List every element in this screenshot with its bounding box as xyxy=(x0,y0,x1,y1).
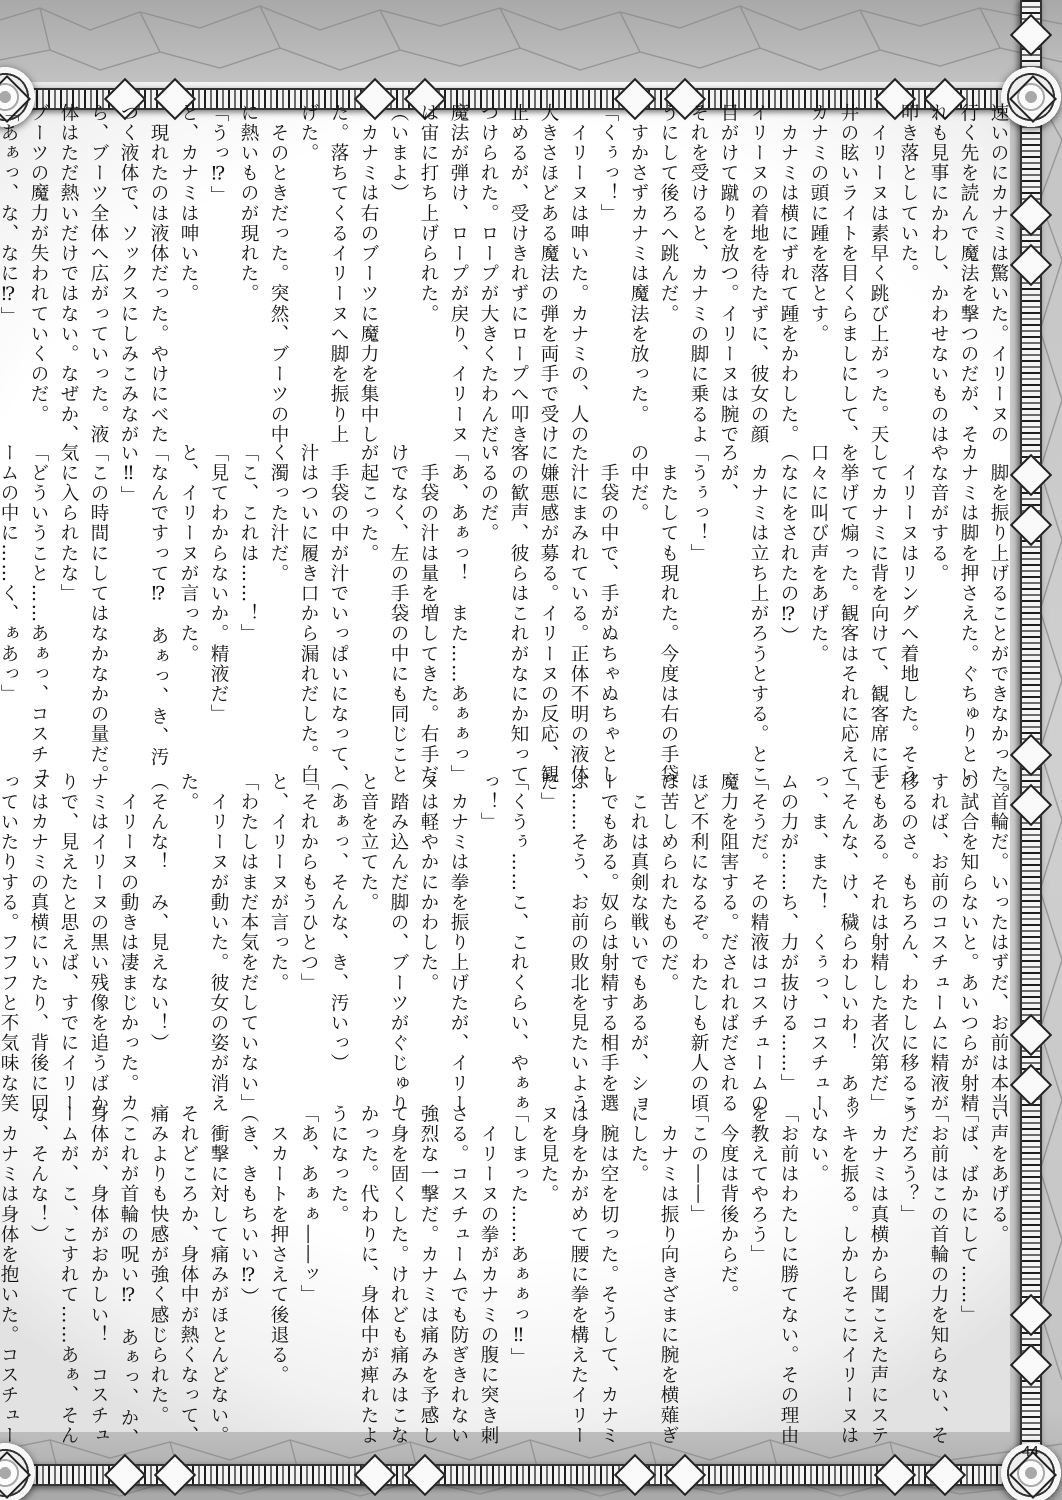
text-line: 身体が、身体がおかしい！ コスチュ xyxy=(83,1104,113,1434)
text-line: っ！」 xyxy=(473,772,503,1102)
text-line: カナミは身体を抱いた。コスチュー xyxy=(0,1104,23,1434)
text-line: それどころか、身体中が熱くなって、 xyxy=(173,1104,203,1434)
text-line: またしても現れた。今度は右の手袋 xyxy=(653,443,683,773)
text-line: それを受けると、カナミの脚に乗るよ xyxy=(683,103,713,433)
text-line: 痛みよりも快感が強く感じられた。 xyxy=(143,1104,173,1434)
text-line: だ」 xyxy=(533,772,563,1102)
text-line: い‼」 xyxy=(113,443,143,773)
text-line: 踏み込んだ脚の、ブーツがぐじゅり xyxy=(383,772,413,1102)
text-line: イリーヌが動いた。彼女の姿が消え xyxy=(203,772,233,1102)
text-line: ームの中に……く、ぁあっ」 xyxy=(0,443,23,773)
text-line: 「わたしはまだ本気をだしていない」 xyxy=(233,772,263,1102)
text-line: を挙げて煽った。観客はそれに応えて xyxy=(833,443,863,773)
text-line: 手袋の汁は量を増してきた。右手だ xyxy=(413,443,443,773)
text-line: やな音がする。 xyxy=(923,443,953,773)
text-line: 「こ、これは……！」 xyxy=(233,443,263,773)
text-line: イリーヌの拳がカナミの腹に突き刺 xyxy=(473,1104,503,1434)
text-line: 「ば、ばかにして……」 xyxy=(953,1104,983,1434)
text-line: カナミは真横から聞こえた声にステ xyxy=(863,1104,893,1434)
text-line: イリーヌはリングへ着地した。そう xyxy=(893,443,923,773)
text-line: 「そうだ。その精液はコスチュームの xyxy=(743,772,773,1102)
text-line: カナミは右のブーツに魔力を集中し xyxy=(353,103,383,433)
text-line: イリーヌは素早く跳び上がった。天 xyxy=(863,103,893,433)
text-line: カナミは脚を押さえた。ぐちゅりとい xyxy=(953,443,983,773)
text-line: 今度は背後からだ。 xyxy=(713,1104,743,1434)
text-line: た。 xyxy=(173,772,203,1102)
text-line: ヌはカナミの真横にいたり、背後に回 xyxy=(23,772,53,1102)
text-line: 井の眩いライトを目くらましにして、 xyxy=(833,103,863,433)
text-block-tier-1: 速いのにカナミは驚いた。イリーヌの行く先を読んで魔法を撃つのだが、それも見事にか… xyxy=(0,103,1013,433)
text-line: 魔法が弾け、ロープが戻り、イリーヌ xyxy=(443,103,473,433)
text-line: （これが首輪の呪い⁉ あぁっ、か、 xyxy=(113,1104,143,1434)
text-line: けでなく、左の手袋の中にも同じこと xyxy=(383,443,413,773)
text-line: ッキを振る。しかしそこにイリーヌは xyxy=(833,1104,863,1434)
text-line: 現れたのは液体だった。やけにべた xyxy=(143,103,173,433)
text-line: と、イリーヌが言った。 xyxy=(173,443,203,773)
text-line: 「なんですって⁉ あぁっ、き、汚 xyxy=(143,443,173,773)
text-line: イリーヌの動きは凄まじかった。カ xyxy=(113,772,143,1102)
text-line: ともある。それは射精した者次第だ」 xyxy=(863,772,893,1102)
text-line: 大きさほどある魔法の弾を両手で受け xyxy=(533,103,563,433)
text-line: ヌは軽やかにかわした。 xyxy=(413,772,443,1102)
text-line: （なにをされたの⁉） xyxy=(773,443,803,773)
text-line: すかさずカナミは魔法を放った。 xyxy=(623,103,653,433)
text-line: 「首輪だ。いったはずだ、お前は本当 xyxy=(983,772,1013,1102)
page-number: 44 xyxy=(1022,1443,1039,1460)
text-line: と音を立てた。 xyxy=(353,772,383,1102)
text-line: 手袋の中が汁でいっぱいになって、 xyxy=(323,443,353,773)
text-line: 「お前はわたしに勝てない。その理由 xyxy=(773,1104,803,1434)
text-line: イリーヌの着地を待たずに、彼女の顔 xyxy=(743,103,773,433)
text-line: と、イリーヌが言った。 xyxy=(263,772,293,1102)
text-line: の中だ。 xyxy=(623,443,653,773)
text-line: 汁はついに履き口から漏れだした。白 xyxy=(293,443,323,773)
text-line: カナミは振り向きざまに腕を横薙ぎ xyxy=(653,1104,683,1434)
text-line: 「見てわからないか。精液だ」 xyxy=(203,443,233,773)
text-line: に熱いものが現れた。 xyxy=(233,103,263,433)
text-line: すれば、お前のコスチュームに精液が xyxy=(923,772,953,1102)
text-line: 移るのさ。もちろん、わたしに移るこ xyxy=(893,772,923,1102)
text-line: 「あぁっ、な、なに⁉」 xyxy=(0,103,23,433)
text-line: つく液体で、ソックスにしみこみなが xyxy=(113,103,143,433)
bottom-ornament-border xyxy=(0,1464,1030,1486)
text-line: が起こった。 xyxy=(353,443,383,773)
text-line: してカナミに背を向けて、観客席に手 xyxy=(863,443,893,773)
text-line: に嫌悪感が募る。イリーヌの反応、観 xyxy=(533,443,563,773)
text-line: 「うっ⁉」 xyxy=(203,103,233,433)
text-line: 「そんな、け、穢らわしいわ！ あぁ xyxy=(833,772,863,1102)
text-line: 強烈な一撃だ。カナミは痛みを予感し xyxy=(413,1104,443,1434)
text-line: 目がけて蹴りを放つ。イリーヌは腕で xyxy=(713,103,743,433)
text-line: 止めるが、受けきれずにロープへ叩き xyxy=(503,103,533,433)
text-line: つけられた。ロープが大きくたわんだ。 xyxy=(473,103,503,433)
text-line: れも見事にかわし、かわせないものは xyxy=(923,103,953,433)
text-line: 叩き落としていた。 xyxy=(893,103,923,433)
text-line: ナミはイリーヌの黒い残像を追うばか xyxy=(83,772,113,1102)
text-line: 「うぅっ！」 xyxy=(683,443,713,773)
text-line: ブーツの魔力が失われていくのだ。 xyxy=(23,103,53,433)
text-line: 腕は空を切った。そうして、カナミ xyxy=(593,1104,623,1434)
text-line: これは真剣な戦いでもあるが、ショ xyxy=(623,772,653,1102)
text-line: 手袋の中で、手がぬちゃぬちゃとし xyxy=(593,443,623,773)
text-line: いるのだ。 xyxy=(473,443,503,773)
text-line: 「お前はこの首輪の力を知らない、そ xyxy=(923,1104,953,1434)
text-line: （そんな！ み、見えない！） xyxy=(143,772,173,1102)
right-ornament-border xyxy=(1020,0,1042,1500)
text-line: 体はただ熱いだけではない。なぜか、 xyxy=(53,103,83,433)
text-line: た。落ちてくるイリーヌへ脚を振り上 xyxy=(323,103,353,433)
text-line: を教えてやろう」 xyxy=(743,1104,773,1434)
text-block-tier-4: い声をあげる。「ば、ばかにして……」「お前はこの首輪の力を知らない、そうだろう？… xyxy=(0,1104,1013,1434)
text-line: の試合を知らないと。あいつらが射精 xyxy=(953,772,983,1102)
text-line: 「あ、あぁっ！ また……あぁぁっ」 xyxy=(443,443,473,773)
text-line: カナミは立ち上がろうとする。とこ xyxy=(743,443,773,773)
text-line: 「この――」 xyxy=(683,1104,713,1434)
text-line: にした。 xyxy=(623,1104,653,1434)
text-line: っていたりする。フフフと不気味な笑 xyxy=(0,772,23,1102)
text-line: 「どういうこと……あぁっ、コスチュ xyxy=(23,443,53,773)
text-line: ムの力が……ち、力が抜ける……」 xyxy=(773,772,803,1102)
text-line: は宙に打ち上げられた。 xyxy=(413,103,443,433)
text-line: く濁った汁だ。 xyxy=(263,443,293,773)
text-line: 魔力を阻害する。だされればだされる xyxy=(713,772,743,1102)
text-line: うにして後ろへ跳んだ。 xyxy=(653,103,683,433)
text-line: ほど不利になるぞ。わたしも新人の頃 xyxy=(683,772,713,1102)
text-block-tier-2: 脚を振り上げることができなかった。カナミは脚を押さえた。ぐちゅりといやな音がする… xyxy=(0,443,1013,773)
text-line: りで、見えたと思えば、すでにイリー xyxy=(53,772,83,1102)
text-line: た汁にまみれている。正体不明の液体 xyxy=(563,443,593,773)
text-line: 衝撃に対して痛みがほとんどない。 xyxy=(203,1104,233,1434)
text-line: うになった。 xyxy=(323,1104,353,1434)
text-line: イリーヌは呻いた。カナミの、人の xyxy=(563,103,593,433)
text-line: な、そんな！） xyxy=(23,1104,53,1434)
text-line: い声をあげる。 xyxy=(983,1104,1013,1434)
text-line: ら、ブーツ全体へ広がっていった。液 xyxy=(83,103,113,433)
text-line: げた。 xyxy=(293,103,323,433)
text-line: 「それからもうひとつ」 xyxy=(293,772,323,1102)
text-line: 「この時間にしてはなかなかの量だ。 xyxy=(83,443,113,773)
text-line: 行く先を読んで魔法を撃つのだが、そ xyxy=(953,103,983,433)
text-line: と、カナミは呻いた。 xyxy=(173,103,203,433)
text-line: ーでもある。奴らは射精する相手を選 xyxy=(593,772,623,1102)
text-line: 脚を振り上げることができなかった。 xyxy=(983,443,1013,773)
text-line: さる。コスチュームでも防ぎきれない xyxy=(443,1104,473,1434)
text-line: ろが、 xyxy=(713,443,743,773)
text-line: て身を固くした。けれども痛みはこな xyxy=(383,1104,413,1434)
text-block-tier-3: 「首輪だ。いったはずだ、お前は本当の試合を知らないと。あいつらが射精すれば、お前… xyxy=(0,772,1013,1102)
text-line: ぶ……そう、お前の敗北を見たいよう xyxy=(563,772,593,1102)
text-line: 気に入られたな」 xyxy=(53,443,83,773)
bottom-left-corner-ornament xyxy=(0,1442,36,1500)
text-line: 「あ、あぁぁ――ッ」 xyxy=(293,1104,323,1434)
text-line: は苦しめられたものだ。 xyxy=(653,772,683,1102)
text-line: （いまよ） xyxy=(383,103,413,433)
text-line: いない。 xyxy=(803,1104,833,1434)
text-line: そのときだった。突然、ブーツの中 xyxy=(263,103,293,433)
text-line: っ、ま、また！ くぅっ、コスチュー xyxy=(803,772,833,1102)
text-line: （き、きもちいい⁉） xyxy=(233,1104,263,1434)
text-line: 「くぅっ！」 xyxy=(593,103,623,433)
text-line: （あぁっ、そんな、き、汚いっ） xyxy=(323,772,353,1102)
text-line: カナミは拳を振り上げたが、イリー xyxy=(443,772,473,1102)
text-line: は身をかがめて腰に拳を構えたイリー xyxy=(563,1104,593,1434)
text-line: カナミの頭に踵を落とす。 xyxy=(803,103,833,433)
text-line: カナミは横にずれて踵をかわした。 xyxy=(773,103,803,433)
text-line: ヌを見た。 xyxy=(533,1104,563,1434)
text-line: ームが、こ、こすれて……あぁ、そん xyxy=(53,1104,83,1434)
text-line: 速いのにカナミは驚いた。イリーヌの xyxy=(983,103,1013,433)
text-line: かった。代わりに、身体中が痺れたよ xyxy=(353,1104,383,1434)
text-line: 口々に叫び声をあげた。 xyxy=(803,443,833,773)
text-line: スカートを押さえて後退る。 xyxy=(263,1104,293,1434)
text-line: 「しまった……あぁぁっ‼」 xyxy=(503,1104,533,1434)
text-line: 「くうぅ……こ、これくらい、やぁぁ xyxy=(503,772,533,1102)
text-line: 客の歓声、彼らはこれがなにか知って xyxy=(503,443,533,773)
text-line: うだろう？」 xyxy=(893,1104,923,1434)
